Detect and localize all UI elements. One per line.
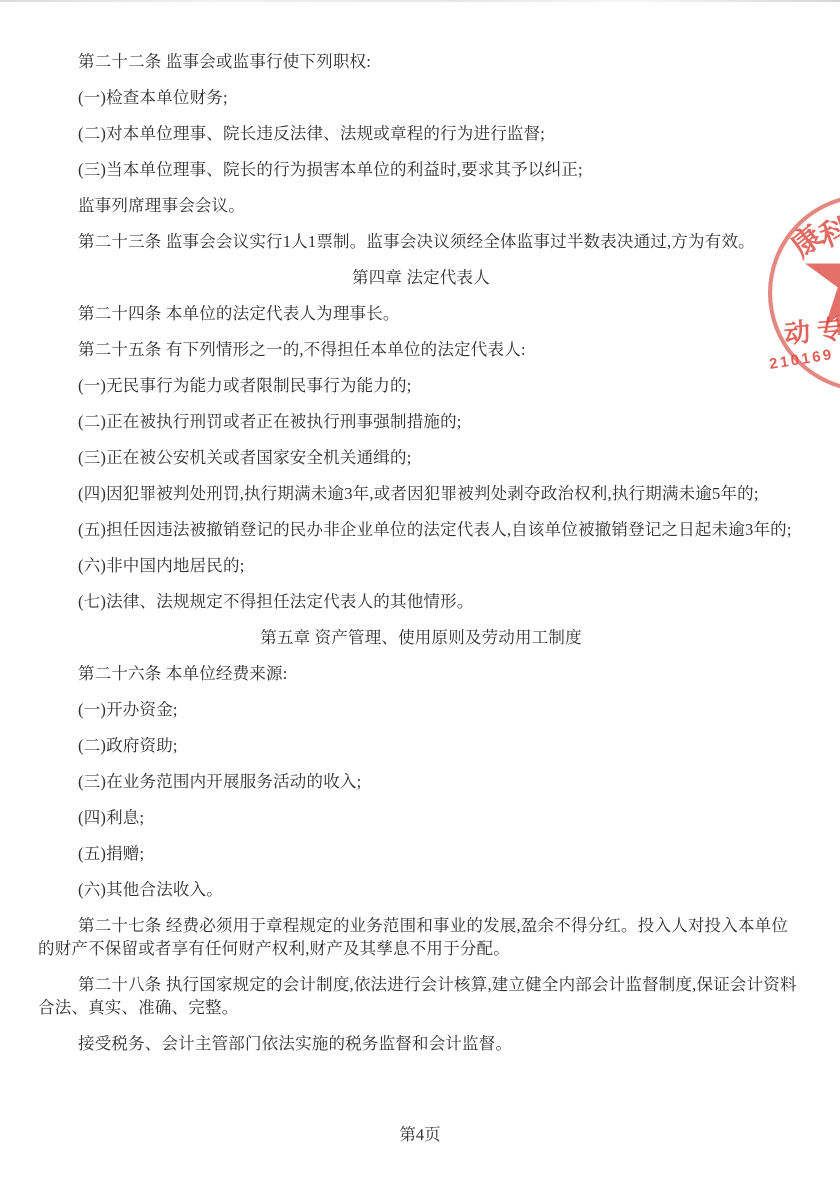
official-seal-stamp: ★ 康 科 动专 210169 <box>740 170 840 405</box>
article-clause: 第二十六条 本单位经费来源: <box>38 662 804 685</box>
chapter-heading: 第四章 法定代表人 <box>38 266 804 289</box>
article-clause: 第二十八条 执行国家规定的会计制度,依法进行会计核算,建立健全内部会计监督制度,… <box>38 973 804 1019</box>
document-page: 第二十二条 监事会或监事行使下列职权: (一)检查本单位财务; (二)对本单位理… <box>0 0 840 1188</box>
list-item: (五)担任因违法被撤销登记的民办非企业单位的法定代表人,自该单位被撤销登记之日起… <box>38 518 804 541</box>
document-body: 第二十二条 监事会或监事行使下列职权: (一)检查本单位财务; (二)对本单位理… <box>38 50 804 1068</box>
paragraph: 接受税务、会计主管部门依法实施的税务监督和会计监督。 <box>38 1032 804 1055</box>
list-item: (二)对本单位理事、院长违反法律、法规或章程的行为进行监督; <box>38 122 804 145</box>
list-item: (一)开办资金; <box>38 698 804 721</box>
list-item: (三)当本单位理事、院长的行为损害本单位的利益时,要求其予以纠正; <box>38 158 804 181</box>
clipped-character-fragment <box>836 315 840 335</box>
seal-middle-text: 动专 <box>783 308 840 351</box>
list-item: (五)捐赠; <box>38 842 804 865</box>
article-clause: 第二十三条 监事会会议实行1人1票制。监事会决议须经全体监事过半数表决通过,方为… <box>38 230 804 253</box>
list-item: (四)因犯罪被判处刑罚,执行期满未逾3年,或者因犯罪被判处剥夺政治权利,执行期满… <box>38 482 804 505</box>
list-item: (二)政府资助; <box>38 734 804 757</box>
article-clause: 第二十五条 有下列情形之一的,不得担任本单位的法定代表人: <box>38 338 804 361</box>
scan-edge-artifact <box>0 0 840 2</box>
list-item: (一)无民事行为能力或者限制民事行为能力的; <box>38 374 804 397</box>
list-item: (六)其他合法收入。 <box>38 878 804 901</box>
chapter-heading: 第五章 资产管理、使用原则及劳动用工制度 <box>38 626 804 649</box>
article-clause: 第二十七条 经费必须用于章程规定的业务范围和事业的发展,盈余不得分红。投入人对投… <box>38 914 804 960</box>
article-clause: 第二十四条 本单位的法定代表人为理事长。 <box>38 302 804 325</box>
list-item: (四)利息; <box>38 806 804 829</box>
list-item: (二)正在被执行刑罚或者正在被执行刑事强制措施的; <box>38 410 804 433</box>
list-item: (三)在业务范围内开展服务活动的收入; <box>38 770 804 793</box>
list-item: (六)非中国内地居民的; <box>38 554 804 577</box>
list-item: (三)正在被公安机关或者国家安全机关通缉的; <box>38 446 804 469</box>
paragraph: 监事列席理事会会议。 <box>38 194 804 217</box>
article-clause: 第二十二条 监事会或监事行使下列职权: <box>38 50 804 73</box>
list-item: (七)法律、法规规定不得担任法定代表人的其他情形。 <box>38 590 804 613</box>
list-item: (一)检查本单位财务; <box>38 86 804 109</box>
page-number: 第4页 <box>0 1121 840 1145</box>
